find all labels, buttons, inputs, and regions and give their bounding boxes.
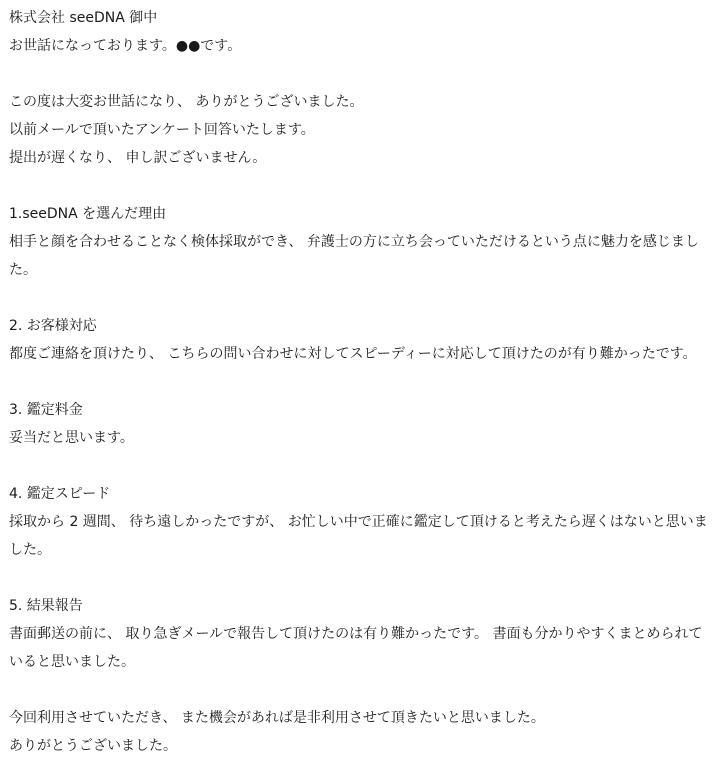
- section-customer-service: 2. お客様対応 都度ご連絡を頂けたり、 こちらの問い合わせに対してスピーディー…: [9, 312, 720, 368]
- section-text: いると思いました。: [9, 648, 720, 676]
- section-text: 書面郵送の前に、 取り急ぎメールで報告して頂けたのは有り難かったです。 書面も分…: [9, 620, 720, 648]
- section-heading: 1.seeDNA を選んだ理由: [9, 200, 720, 228]
- section-text: た。: [9, 256, 720, 284]
- blank-line: [9, 676, 720, 704]
- section-heading: 4. 鑑定スピード: [9, 480, 720, 508]
- section-text: 妥当だと思います。: [9, 424, 720, 452]
- section-heading: 3. 鑑定料金: [9, 396, 720, 424]
- greeting: お世話になっております。●●です。: [9, 32, 720, 60]
- letter-document: 株式会社 seeDNA 御中 お世話になっております。●●です。 この度は大変お…: [0, 0, 720, 760]
- blank-line: [9, 564, 720, 592]
- closing-line: 今回利用させていただき、 また機会があれば是非利用させて頂きたいと思いました。: [9, 704, 720, 732]
- blank-line: [9, 60, 720, 88]
- section-text: 相手と顔を合わせることなく検体採取ができ、 弁護士の方に立ち会っていただけるとい…: [9, 228, 720, 256]
- section-result-report: 5. 結果報告 書面郵送の前に、 取り急ぎメールで報告して頂けたのは有り難かった…: [9, 592, 720, 676]
- intro-line: 以前メールで頂いたアンケート回答いたします。: [9, 116, 720, 144]
- blank-line: [9, 284, 720, 312]
- intro-paragraph: この度は大変お世話になり、 ありがとうございました。 以前メールで頂いたアンケー…: [9, 88, 720, 172]
- section-text: 都度ご連絡を頂けたり、 こちらの問い合わせに対してスピーディーに対応して頂けたの…: [9, 340, 720, 368]
- section-speed: 4. 鑑定スピード 採取から 2 週間、 待ち遠しかったですが、 お忙しい中で正…: [9, 480, 720, 564]
- closing-paragraph: 今回利用させていただき、 また機会があれば是非利用させて頂きたいと思いました。 …: [9, 704, 720, 760]
- section-heading: 5. 結果報告: [9, 592, 720, 620]
- closing-line: ありがとうございました。: [9, 732, 720, 760]
- blank-line: [9, 368, 720, 396]
- blank-line: [9, 172, 720, 200]
- section-reason: 1.seeDNA を選んだ理由 相手と顔を合わせることなく検体採取ができ、 弁護…: [9, 200, 720, 284]
- section-text: 採取から 2 週間、 待ち遠しかったですが、 お忙しい中で正確に鑑定して頂けると…: [9, 508, 720, 536]
- intro-line: この度は大変お世話になり、 ありがとうございました。: [9, 88, 720, 116]
- intro-line: 提出が遅くなり、 申し訳ございません。: [9, 144, 720, 172]
- section-fee: 3. 鑑定料金 妥当だと思います。: [9, 396, 720, 452]
- blank-line: [9, 452, 720, 480]
- section-heading: 2. お客様対応: [9, 312, 720, 340]
- salutation: 株式会社 seeDNA 御中: [9, 4, 720, 32]
- section-text: した。: [9, 536, 720, 564]
